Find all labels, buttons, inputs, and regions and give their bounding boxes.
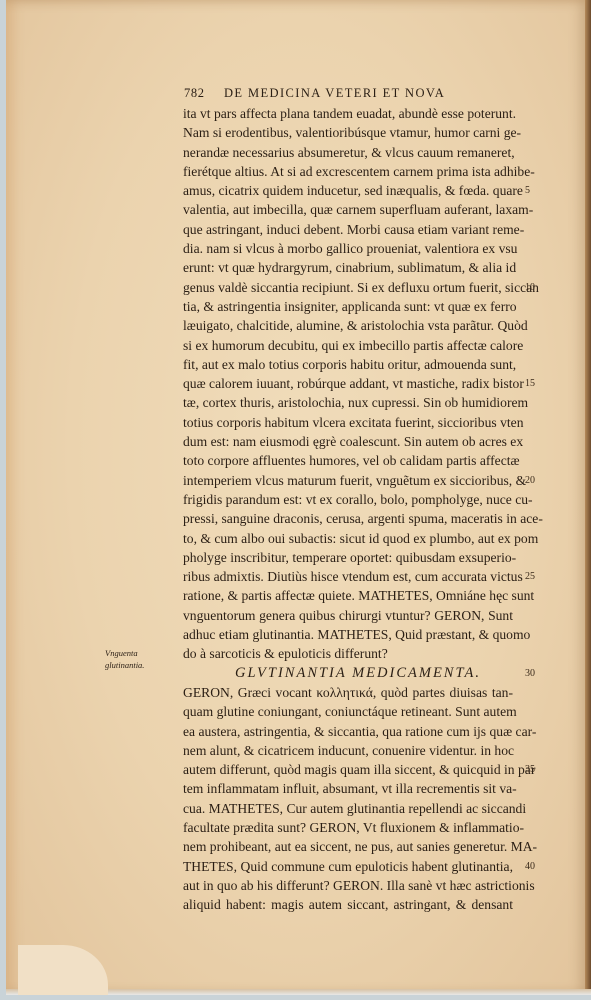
text-line: Nam si erodentibus, valentioribúsque vta… <box>183 123 513 142</box>
line-text: dum est: nam eiusmodi ęgrè coalescunt. S… <box>183 432 513 451</box>
line-text: cua. MATHETES, Cur autem glutinantia rep… <box>183 799 513 818</box>
text-line: que astringant, induci debent. Morbi cau… <box>183 220 513 239</box>
line-number: 15 <box>525 374 535 393</box>
text-line: quam glutine coniungant, coniunctáque re… <box>183 702 513 721</box>
page-number: 782 <box>184 86 224 101</box>
text-line: tæ, cortex thuris, aristolochia, nux cup… <box>183 393 513 412</box>
line-text: fierétque altius. At si ad excrescentem … <box>183 162 513 181</box>
line-number: 40 <box>525 857 535 876</box>
line-number: 20 <box>525 471 535 490</box>
text-line: nem alunt, & cicatricem inducunt, conuen… <box>183 741 513 760</box>
line-text: totius corporis habitum vlcera excitata … <box>183 413 513 432</box>
line-text: do à sarcoticis & epuloticis differunt? <box>183 644 513 663</box>
thumb-mark <box>18 945 108 995</box>
margin-note: Vnguenta glutinantia. <box>105 647 175 671</box>
text-line: ribus admixtis. Diutiùs hisce vtendum es… <box>183 567 513 586</box>
text-line: toto corpore affluentes humores, vel ob … <box>183 451 513 470</box>
text-line: nerandæ necessarius absumeretur, & vlcus… <box>183 143 513 162</box>
line-text: quæ calorem iuuant, robúrque addant, vt … <box>183 374 513 393</box>
text-line: erunt: vt quæ hydrargyrum, cinabrium, su… <box>183 258 513 277</box>
line-text: amus, cicatrix quidem inducetur, sed inæ… <box>183 181 513 200</box>
line-text: genus valdè siccantia recipiunt. Si ex d… <box>183 278 513 297</box>
line-text: fit, aut ex malo totius corporis habitu … <box>183 355 513 374</box>
line-text: frigidis parandum est: vt ex corallo, bo… <box>183 490 513 509</box>
text-line: si ex humorum decubitu, qui ex imbecillo… <box>183 336 513 355</box>
line-text: intemperiem vlcus maturum fuerit, vnguẽt… <box>183 471 513 490</box>
text-line: do à sarcoticis & epuloticis differunt? <box>183 644 513 663</box>
text-line: nem prohibeant, aut ea siccent, ne pus, … <box>183 837 513 856</box>
text-line: autem differunt, quòd magis quam illa si… <box>183 760 513 779</box>
line-text: nerandæ necessarius absumeretur, & vlcus… <box>183 143 513 162</box>
line-text: ita vt pars affecta plana tandem euadat,… <box>183 104 513 123</box>
line-number: 30 <box>525 664 535 683</box>
text-line: genus valdè siccantia recipiunt. Si ex d… <box>183 278 513 297</box>
line-text: erunt: vt quæ hydrargyrum, cinabrium, su… <box>183 258 513 277</box>
line-text: adhuc etiam glutinantia. MATHETES, Quid … <box>183 625 513 644</box>
line-text: tem inflammatam influit, absumant, vt il… <box>183 779 513 798</box>
line-text: aut in quo ab his differunt? GERON. Illa… <box>183 876 513 895</box>
running-head: DE MEDICINA VETERI ET NOVA <box>224 86 514 101</box>
text-line: ratione, & partis affectæ quiete. MATHET… <box>183 586 513 605</box>
line-text: toto corpore affluentes humores, vel ob … <box>183 451 513 470</box>
line-text: dia. nam si vlcus à morbo gallico prouen… <box>183 239 513 258</box>
text-line: tia, & astringentia insigniter, applican… <box>183 297 513 316</box>
running-header: 782 DE MEDICINA VETERI ET NOVA <box>184 86 514 101</box>
text-line: aut in quo ab his differunt? GERON. Illa… <box>183 876 513 895</box>
text-line: to, & cum albo oui subactis: sicut id qu… <box>183 529 513 548</box>
line-text: THETES, Quid commune cum epuloticis habe… <box>183 857 513 876</box>
text-line: facultate prædita sunt? GERON, Vt fluxio… <box>183 818 513 837</box>
text-line: læuigato, chalcitide, alumine, & aristol… <box>183 316 513 335</box>
line-text: tæ, cortex thuris, aristolochia, nux cup… <box>183 393 513 412</box>
text-line: pressi, sanguine draconis, cerusa, argen… <box>183 509 513 528</box>
line-text: vnguentorum genera quibus chirurgi vtunt… <box>183 606 513 625</box>
text-line: aliquid habent: magis autem siccant, ast… <box>183 895 513 914</box>
line-text: que astringant, induci debent. Morbi cau… <box>183 220 513 239</box>
text-line: amus, cicatrix quidem inducetur, sed inæ… <box>183 181 513 200</box>
line-text: pholyge inscribitur, temperare oportet: … <box>183 548 513 567</box>
line-text: autem differunt, quòd magis quam illa si… <box>183 760 513 779</box>
line-text: facultate prædita sunt? GERON, Vt fluxio… <box>183 818 513 837</box>
text-line: fierétque altius. At si ad excrescentem … <box>183 162 513 181</box>
line-text: tia, & astringentia insigniter, applican… <box>183 297 513 316</box>
text-line: THETES, Quid commune cum epuloticis habe… <box>183 857 513 876</box>
section-heading: GLVTINANTIA MEDICAMENTA.30 <box>183 664 513 683</box>
text-line: totius corporis habitum vlcera excitata … <box>183 413 513 432</box>
text-line: vnguentorum genera quibus chirurgi vtunt… <box>183 606 513 625</box>
line-text: nem prohibeant, aut ea siccent, ne pus, … <box>183 837 513 856</box>
line-text: aliquid habent: magis autem siccant, ast… <box>183 895 513 914</box>
line-text: ea austera, astringentia, & siccantia, q… <box>183 722 513 741</box>
text-line: cua. MATHETES, Cur autem glutinantia rep… <box>183 799 513 818</box>
text-line: dum est: nam eiusmodi ęgrè coalescunt. S… <box>183 432 513 451</box>
text-line: adhuc etiam glutinantia. MATHETES, Quid … <box>183 625 513 644</box>
line-text: si ex humorum decubitu, qui ex imbecillo… <box>183 336 513 355</box>
text-line: dia. nam si vlcus à morbo gallico prouen… <box>183 239 513 258</box>
text-line: ea austera, astringentia, & siccantia, q… <box>183 722 513 741</box>
line-text: pressi, sanguine draconis, cerusa, argen… <box>183 509 513 528</box>
text-line: intemperiem vlcus maturum fuerit, vnguẽt… <box>183 471 513 490</box>
text-line: frigidis parandum est: vt ex corallo, bo… <box>183 490 513 509</box>
line-text: Nam si erodentibus, valentioribúsque vta… <box>183 123 513 142</box>
line-text: nem alunt, & cicatricem inducunt, conuen… <box>183 741 513 760</box>
line-number: 35 <box>525 760 535 779</box>
page-edge <box>585 0 591 995</box>
line-text: ribus admixtis. Diutiùs hisce vtendum es… <box>183 567 513 586</box>
line-text: læuigato, chalcitide, alumine, & aristol… <box>183 316 513 335</box>
text-line: ita vt pars affecta plana tandem euadat,… <box>183 104 513 123</box>
line-number: 5 <box>525 181 530 200</box>
line-text: to, & cum albo oui subactis: sicut id qu… <box>183 529 513 548</box>
line-number: 25 <box>525 567 535 586</box>
line-text: valentia, aut imbecilla, quæ carnem supe… <box>183 200 513 219</box>
text-line: quæ calorem iuuant, robúrque addant, vt … <box>183 374 513 393</box>
text-line: GERON, Græci vocant κολλητικά, quòd part… <box>183 683 513 702</box>
line-text: ratione, & partis affectæ quiete. MATHET… <box>183 586 513 605</box>
body-text: ita vt pars affecta plana tandem euadat,… <box>183 104 513 914</box>
line-number: 10 <box>525 278 535 297</box>
line-text: GERON, Græci vocant κολλητικά, quòd part… <box>183 683 513 702</box>
text-line: valentia, aut imbecilla, quæ carnem supe… <box>183 200 513 219</box>
line-text: GLVTINANTIA MEDICAMENTA. <box>183 664 513 683</box>
text-line: fit, aut ex malo totius corporis habitu … <box>183 355 513 374</box>
line-text: quam glutine coniungant, coniunctáque re… <box>183 702 513 721</box>
text-line: pholyge inscribitur, temperare oportet: … <box>183 548 513 567</box>
text-line: tem inflammatam influit, absumant, vt il… <box>183 779 513 798</box>
